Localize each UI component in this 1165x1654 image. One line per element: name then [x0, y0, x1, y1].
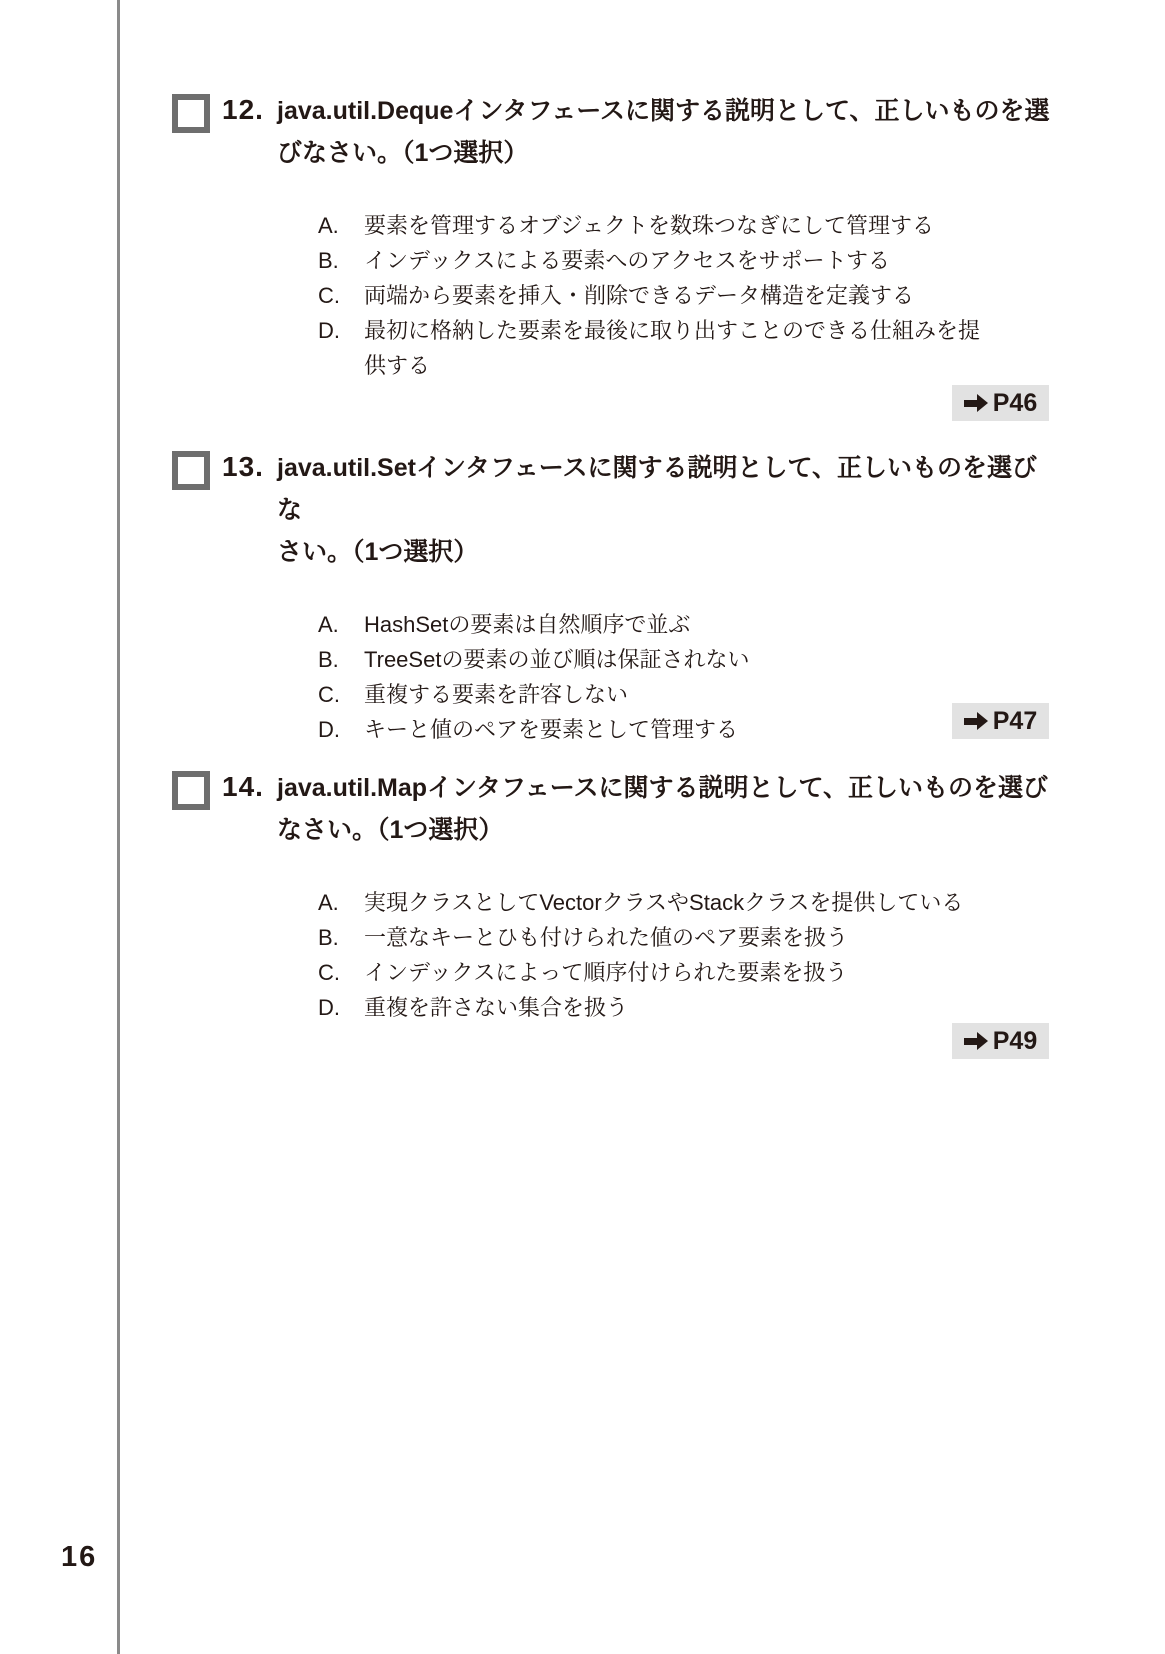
option-text: インデックスによって順序付けられた要素を扱う [364, 955, 847, 990]
ref-page-label: P46 [993, 389, 1037, 418]
option-letter: D. [318, 990, 364, 1025]
option-text: 一意なキーとひも付けられた値のペア要素を扱う [364, 920, 848, 955]
option-text: HashSetの要素は自然順序で並ぶ [364, 607, 690, 642]
answer-checkbox[interactable] [172, 771, 210, 810]
options-list: A. 要素を管理するオブジェクトを数珠つなぎにして管理する B. インデックスに… [318, 208, 1057, 383]
option-row: D. 重複を許さない集合を扱う [318, 990, 1057, 1025]
option-letter: C. [318, 955, 364, 990]
options-list: A. 実現クラスとしてVectorクラスやStackクラスを提供している B. … [318, 885, 1057, 1025]
question-text: java.util.Dequeインタフェースに関する説明として、正しいものを選 … [277, 90, 1049, 174]
option-letter: B. [318, 642, 364, 677]
option-letter: C. [318, 278, 364, 313]
option-row: A. 要素を管理するオブジェクトを数珠つなぎにして管理する [318, 208, 1057, 243]
question-text: java.util.Mapインタフェースに関する説明として、正しいものを選び な… [277, 767, 1048, 851]
option-text: キーと値のペアを要素として管理する [364, 712, 738, 747]
option-row: A. HashSetの要素は自然順序で並ぶ [318, 607, 1057, 642]
option-text: 最初に格納した要素を最後に取り出すことのできる仕組みを提 供する [364, 313, 980, 383]
option-letter: A. [318, 208, 364, 243]
option-text: TreeSetの要素の並び順は保証されない [364, 642, 749, 677]
option-row: B. インデックスによる要素へのアクセスをサポートする [318, 243, 1057, 278]
option-letter: D. [318, 712, 364, 747]
option-text: 重複する要素を許容しない [364, 677, 628, 712]
question-block-12: 12. java.util.Dequeインタフェースに関する説明として、正しいも… [172, 90, 1057, 383]
option-text: 重複を許さない集合を扱う [364, 990, 628, 1025]
arrow-right-icon [964, 1032, 988, 1050]
page-number: 16 [61, 1541, 97, 1574]
option-row: B. 一意なキーとひも付けられた値のペア要素を扱う [318, 920, 1057, 955]
question-text: java.util.Setインタフェースに関する説明として、正しいものを選びな … [277, 447, 1057, 573]
option-row: A. 実現クラスとしてVectorクラスやStackクラスを提供している [318, 885, 1057, 920]
option-row: B. TreeSetの要素の並び順は保証されない [318, 642, 1057, 677]
option-letter: A. [318, 885, 364, 920]
option-row: C. 両端から要素を挿入・削除できるデータ構造を定義する [318, 278, 1057, 313]
option-letter: A. [318, 607, 364, 642]
page-ref-tag: P47 [952, 703, 1049, 739]
option-letter: C. [318, 677, 364, 712]
arrow-right-icon [964, 394, 988, 412]
page-ref-tag: P46 [952, 385, 1049, 421]
options-list: A. HashSetの要素は自然順序で並ぶ B. TreeSetの要素の並び順は… [318, 607, 1057, 747]
question-header: 14. java.util.Mapインタフェースに関する説明として、正しいものを… [172, 767, 1057, 851]
page-ref-tag: P49 [952, 1023, 1049, 1059]
question-header: 12. java.util.Dequeインタフェースに関する説明として、正しいも… [172, 90, 1057, 174]
arrow-right-icon [964, 712, 988, 730]
page-margin-rule [117, 0, 120, 1654]
option-row: C. 重複する要素を許容しない [318, 677, 1057, 712]
option-letter: D. [318, 313, 364, 383]
option-text: 両端から要素を挿入・削除できるデータ構造を定義する [364, 278, 914, 313]
option-letter: B. [318, 243, 364, 278]
option-row: D. キーと値のペアを要素として管理する [318, 712, 1057, 747]
question-block-14: 14. java.util.Mapインタフェースに関する説明として、正しいものを… [172, 767, 1057, 1025]
answer-checkbox[interactable] [172, 451, 210, 490]
option-row: C. インデックスによって順序付けられた要素を扱う [318, 955, 1057, 990]
option-letter: B. [318, 920, 364, 955]
option-text: 要素を管理するオブジェクトを数珠つなぎにして管理する [364, 208, 934, 243]
option-text: 実現クラスとしてVectorクラスやStackクラスを提供している [364, 885, 963, 920]
question-header: 13. java.util.Setインタフェースに関する説明として、正しいものを… [172, 447, 1057, 573]
ref-page-label: P49 [993, 1027, 1037, 1056]
answer-checkbox[interactable] [172, 94, 210, 133]
option-text: インデックスによる要素へのアクセスをサポートする [364, 243, 890, 278]
question-number: 14. [222, 767, 277, 807]
option-row: D. 最初に格納した要素を最後に取り出すことのできる仕組みを提 供する [318, 313, 1057, 383]
question-number: 13. [222, 447, 277, 487]
question-number: 12. [222, 90, 277, 130]
question-block-13: 13. java.util.Setインタフェースに関する説明として、正しいものを… [172, 447, 1057, 747]
ref-page-label: P47 [993, 707, 1037, 736]
